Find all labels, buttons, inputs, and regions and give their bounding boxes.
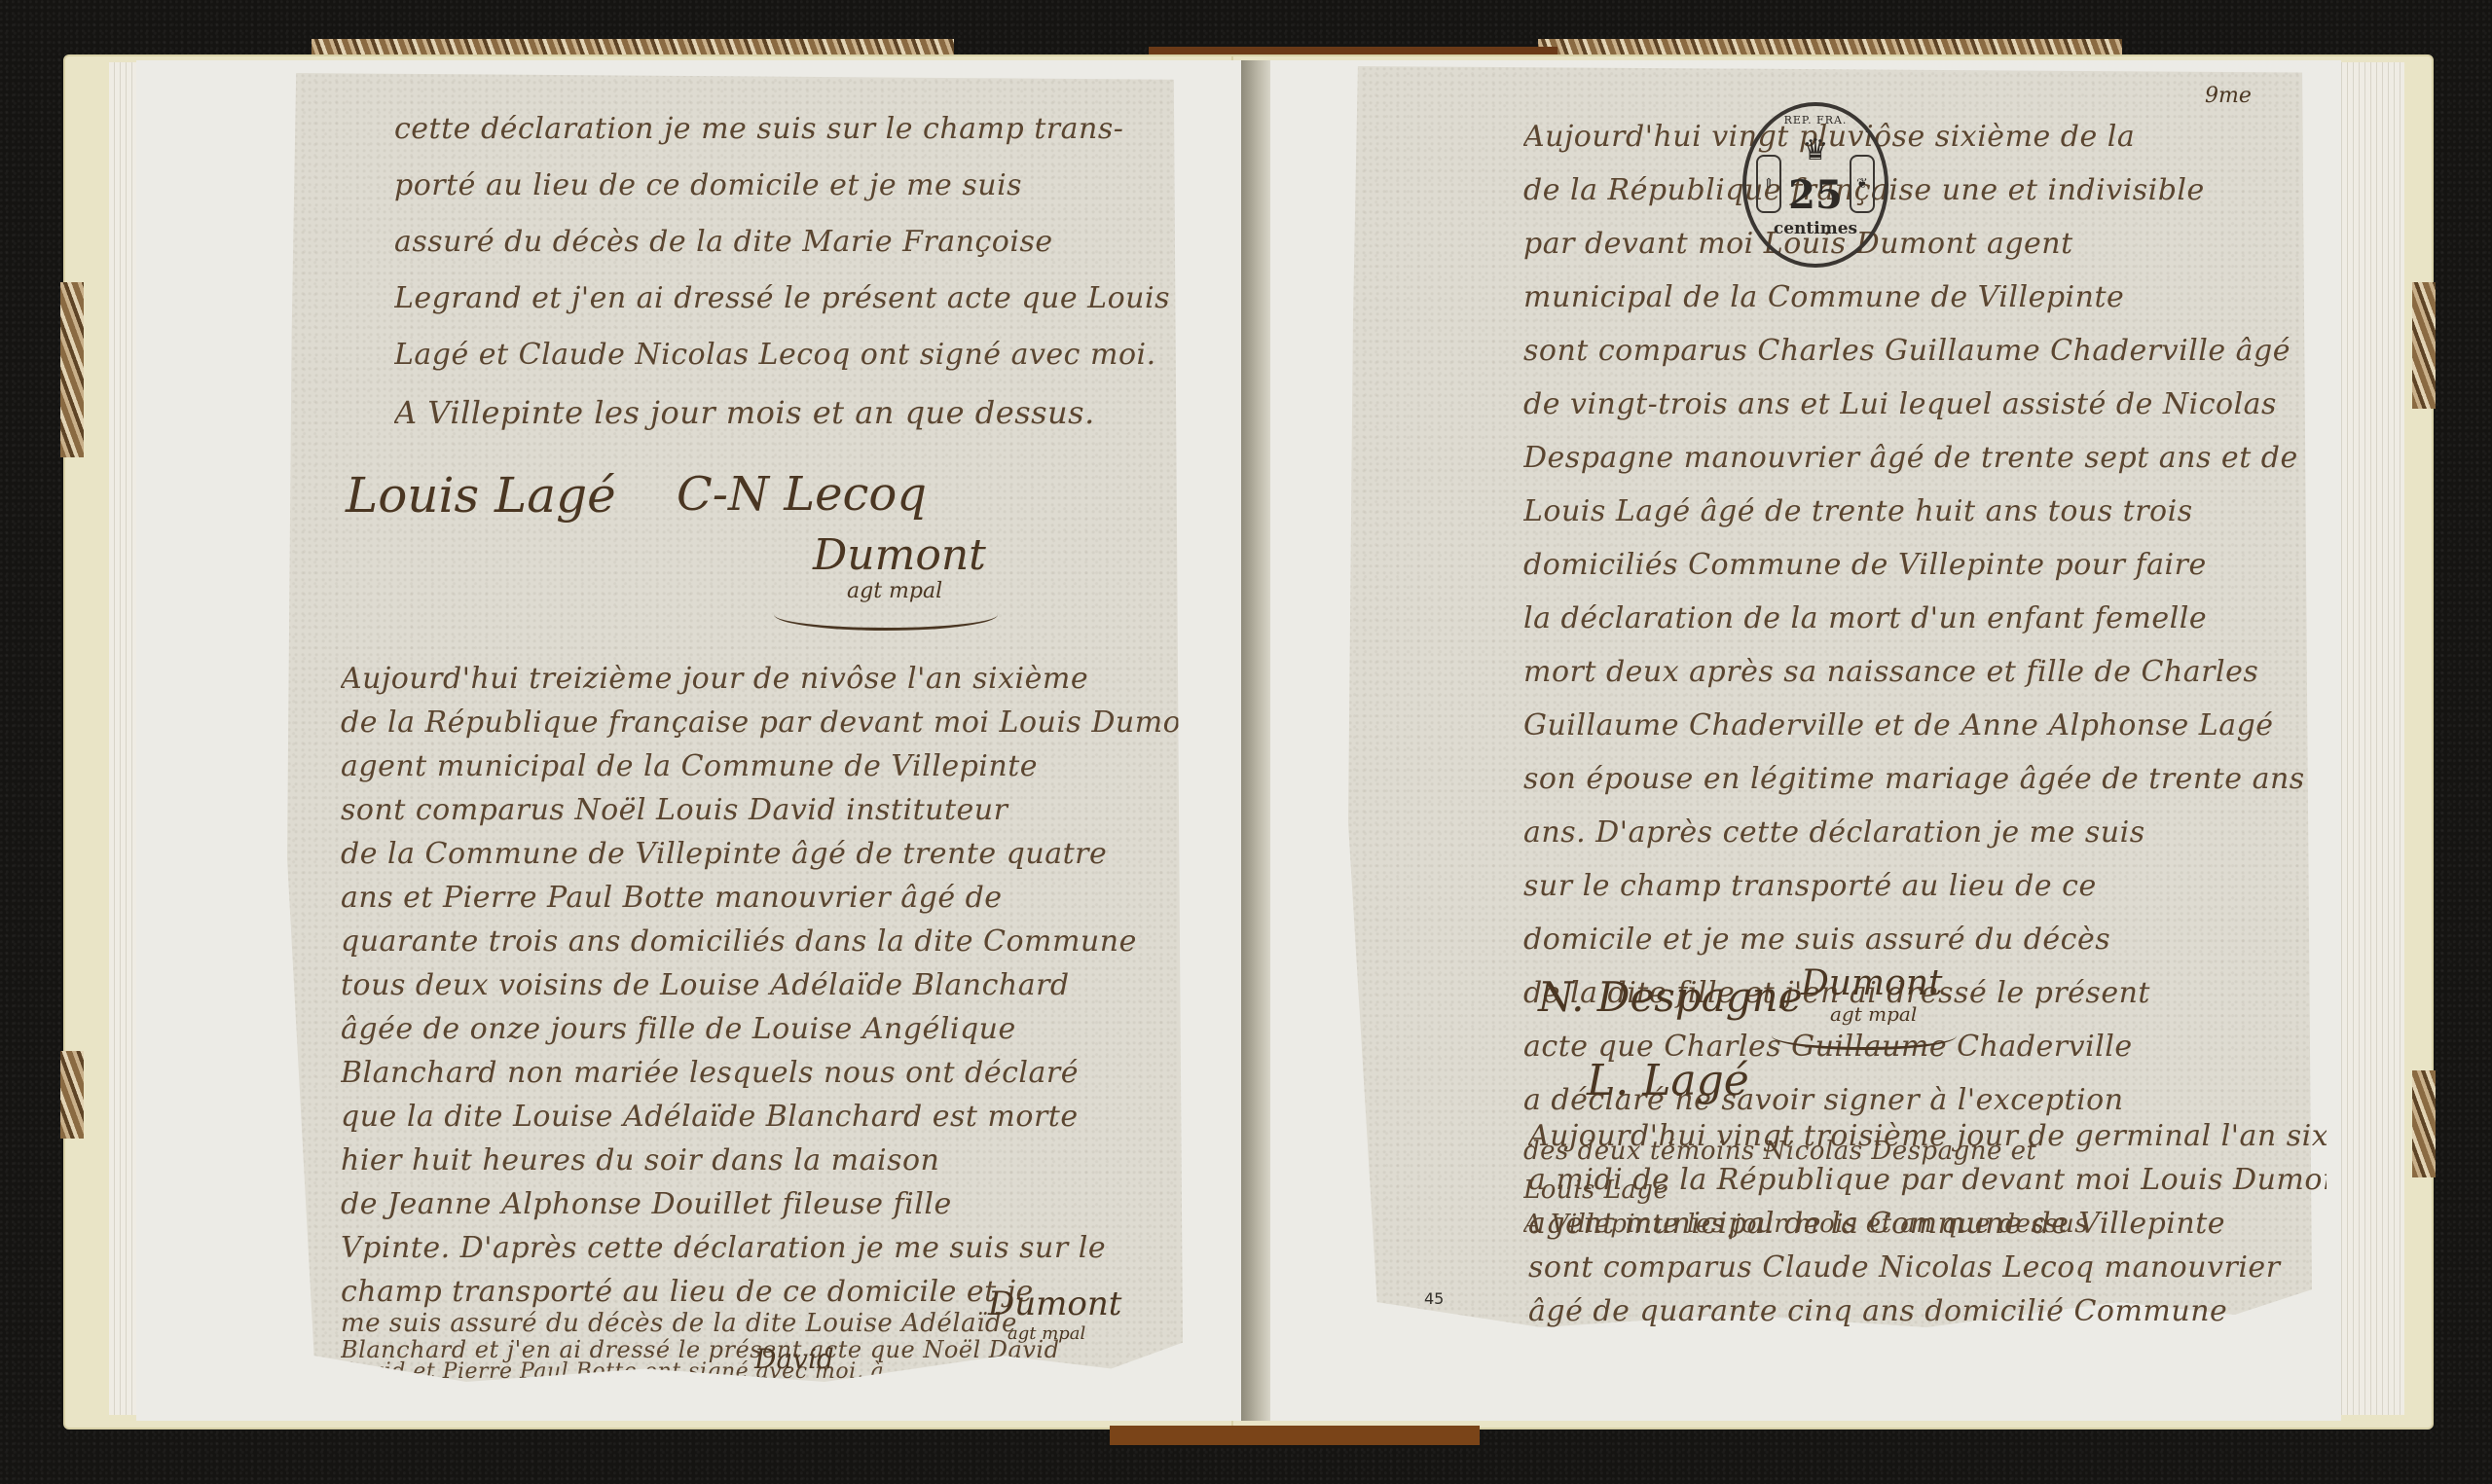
handwritten-line: sont comparus Charles Guillaume Chadervi… (1523, 334, 2312, 368)
signature-louis-lage: Louis Lagé (346, 467, 616, 524)
signature-dumont-title-bottom: agt mpal (1008, 1323, 1085, 1344)
left-manuscript-sheet: cette déclaration je me suis sur le cham… (287, 73, 1183, 1382)
handwritten-line: de la République française une et indivi… (1523, 173, 2312, 207)
handwritten-line: Legrand et j'en ai dressé le présent act… (394, 281, 1183, 315)
handwritten-line: sur le champ transporté au lieu de ce (1523, 869, 2312, 903)
signature-dumont-bottom: Dumont (988, 1285, 1121, 1323)
handwritten-line: quarante trois ans domiciliés dans la di… (341, 924, 1183, 959)
handwritten-line: hier huit heures du soir dans la maison (341, 1143, 1183, 1177)
signature-despagne: N. Despagne (1538, 973, 1803, 1021)
marbled-corner-right-lower (2412, 1070, 2436, 1177)
signature-flourish (774, 598, 998, 631)
handwritten-line: Vpinte. D'après cette déclaration je me … (341, 1231, 1183, 1265)
handwritten-line: cette déclaration je me suis sur le cham… (394, 112, 1183, 146)
handwritten-line: porté au lieu de ce domicile et je me su… (394, 168, 1183, 202)
signature-dumont: Dumont (813, 530, 986, 580)
handwritten-line: Blanchard non mariée lesquels nous ont d… (341, 1056, 1183, 1090)
handwritten-line: de Jeanne Alphonse Douillet fileuse fill… (341, 1187, 1183, 1221)
signature-lecoq: C-N Lecoq (677, 467, 927, 522)
handwritten-line: Despagne manouvrier âgé de trente sept a… (1523, 441, 2312, 475)
handwritten-line: Aujourd'hui vingt pluviôse sixième de la (1523, 120, 2312, 154)
handwritten-line: domiciliés Commune de Villepinte pour fa… (1523, 548, 2312, 582)
leather-spine-bottom (1110, 1426, 1480, 1445)
handwritten-line: Aujourd'hui vingt troisième jour de germ… (1528, 1119, 2327, 1153)
signature-dumont-right: Dumont (1801, 963, 1943, 1003)
handwritten-line: ans. D'après cette déclaration je me sui… (1523, 815, 2312, 850)
handwritten-line: son épouse en légitime mariage âgée de t… (1523, 762, 2312, 796)
margin-note: 9me (2205, 84, 2252, 108)
handwritten-line: de la Commune de Villepinte âgé de trent… (341, 837, 1183, 871)
handwritten-line: agent municipal de la Commune de Villepi… (1528, 1207, 2327, 1241)
handwritten-line: âgée de onze jours fille de Louise Angél… (341, 1012, 1183, 1046)
handwritten-line: Aujourd'hui treizième jour de nivôse l'a… (341, 662, 1183, 696)
signature-flourish-right (1772, 1022, 1957, 1050)
marbled-corner-right (2412, 282, 2436, 409)
handwritten-line: A Villepinte les jour mois et an que des… (394, 394, 1183, 431)
handwritten-line: municipal de la Commune de Villepinte (1523, 280, 2312, 314)
handwritten-line: Lagé et Claude Nicolas Lecoq ont signé a… (394, 338, 1183, 372)
handwritten-line: domicile et je me suis assuré du décès (1523, 923, 2312, 957)
handwritten-line: ans et Pierre Paul Botte manouvrier âgé … (341, 881, 1183, 915)
handwritten-line: la déclaration de la mort d'un enfant fe… (1523, 601, 2312, 635)
handwritten-line: agent municipal de la Commune de Villepi… (341, 749, 1183, 783)
handwritten-line: Louis Lagé âgé de trente huit ans tous t… (1523, 494, 2312, 528)
marbled-corner-left (60, 282, 84, 457)
page-number: 45 (1424, 1289, 1444, 1308)
book-gutter (1241, 60, 1270, 1421)
tax-stamp: REP. FRA. ♛ ⇑ ❦ 25 centimes (1742, 102, 1888, 268)
handwritten-line: par devant moi Louis Dumont agent (1523, 227, 2312, 261)
handwritten-line: de la République française par devant mo… (341, 706, 1183, 740)
handwritten-line: tous deux voisins de Louise Adélaïde Bla… (341, 968, 1183, 1002)
stamp-unit: centimes (1746, 219, 1885, 238)
marbled-corner-left-lower (60, 1051, 84, 1139)
handwritten-line: sont comparus Noël Louis David institute… (341, 793, 1183, 827)
handwritten-line: âgé de quarante cinq ans domicilié Commu… (1528, 1294, 2327, 1328)
stamp-arc-text: REP. FRA. (1746, 114, 1885, 127)
handwritten-line: sont comparus Claude Nicolas Lecoq manou… (1528, 1250, 2327, 1285)
handwritten-line: mort deux après sa naissance et fille de… (1523, 655, 2312, 689)
handwritten-line: de vingt-trois ans et Lui lequel assisté… (1523, 387, 2312, 421)
handwritten-line: Guillaume Chaderville et de Anne Alphons… (1523, 708, 2312, 742)
handwritten-line: assuré du décès de la dite Marie Françoi… (394, 225, 1183, 259)
signature-david: David (754, 1343, 834, 1375)
handwritten-line: a midi de la République par devant moi L… (1528, 1163, 2327, 1197)
stamp-value: 25 (1746, 172, 1885, 218)
page-edges-right (2336, 62, 2404, 1415)
signature-l-lage: L. Lagé (1587, 1056, 1749, 1105)
handwritten-line: que la dite Louise Adélaïde Blanchard es… (341, 1100, 1183, 1134)
